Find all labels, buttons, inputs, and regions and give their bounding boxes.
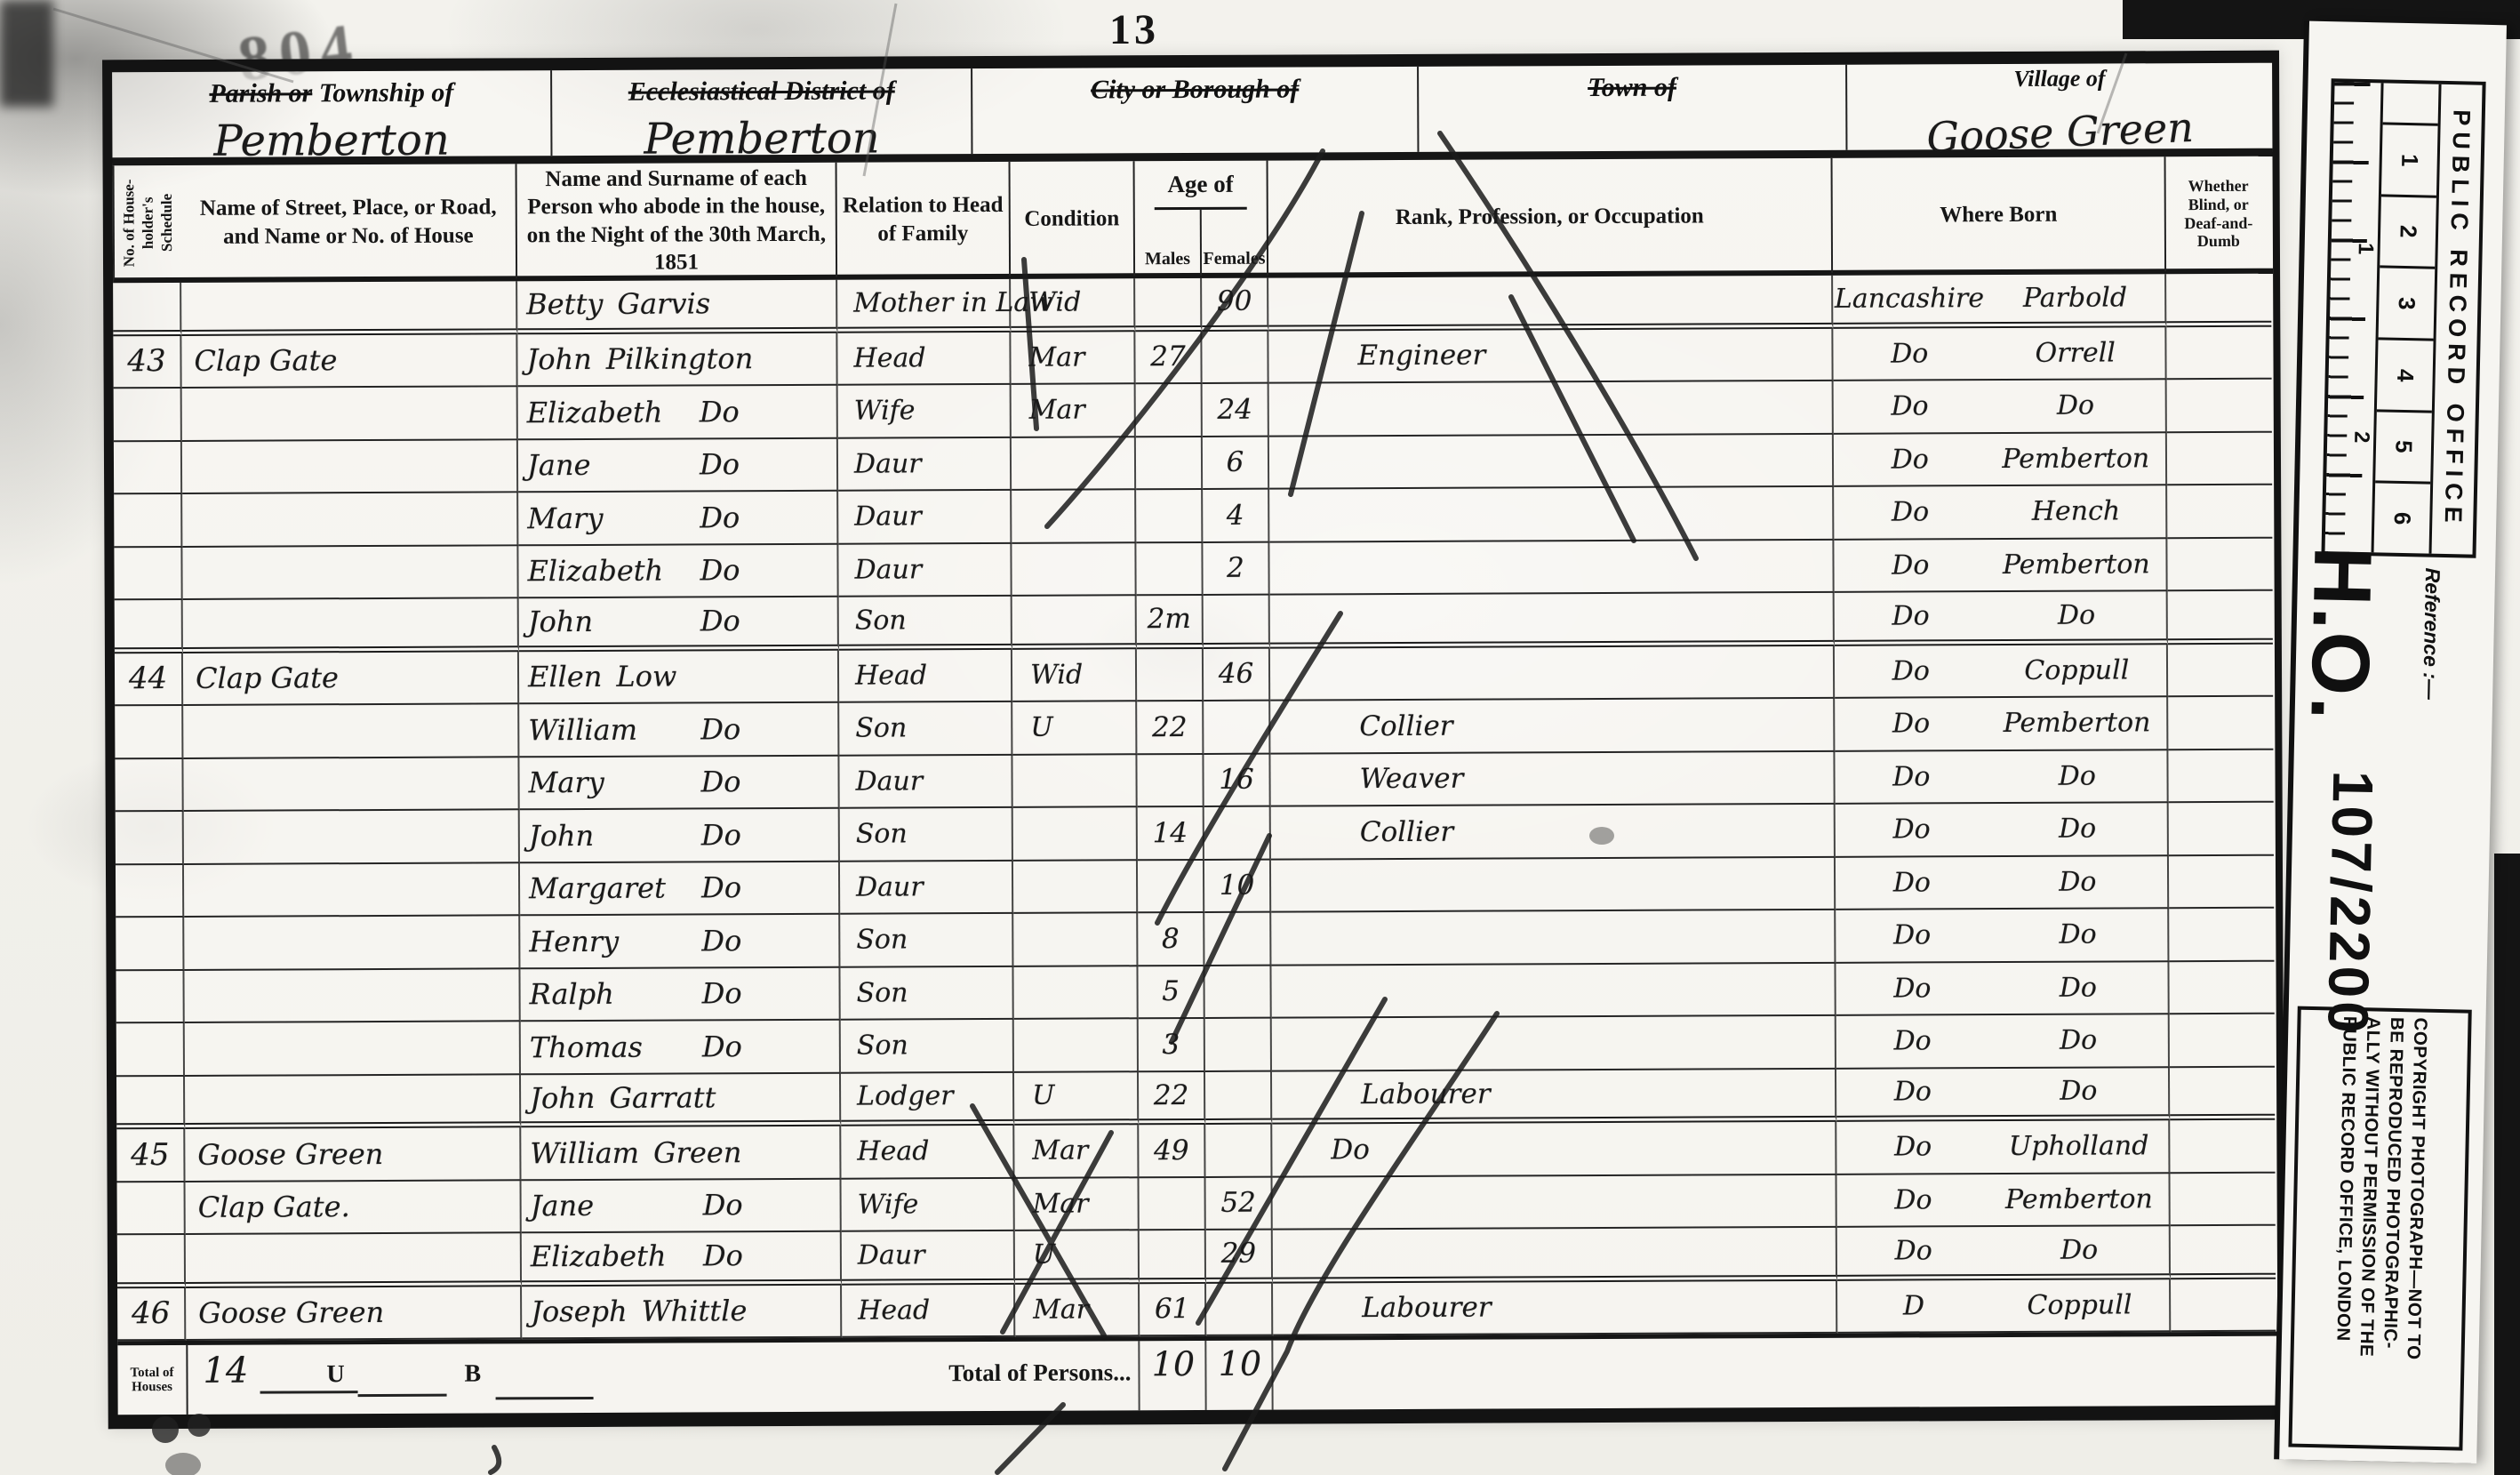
cell-schedule-no: 43 — [113, 335, 181, 389]
cell-occupation: Labourer — [1273, 1280, 1837, 1335]
cell-infirmity — [2170, 1173, 2275, 1226]
cell-age-male: 2m — [1137, 596, 1204, 649]
cell-infirmity — [2168, 750, 2273, 803]
col-header-schedule: No. of House-holder's Schedule — [113, 165, 182, 280]
cell-occupation — [1269, 381, 1834, 437]
ruler-ticks: 1 2 — [2325, 82, 2384, 552]
cell-occupation — [1272, 1016, 1836, 1071]
cell-age-male — [1136, 542, 1203, 596]
ruler-scale-box: 3 — [2379, 269, 2436, 341]
cell-condition: U — [1015, 1231, 1140, 1284]
col-header-condition: Condition — [1011, 161, 1136, 277]
cell-age-male: 27 — [1135, 331, 1202, 384]
col-header-where-born: Where Born — [1833, 156, 2167, 273]
cell-condition: Mar — [1011, 332, 1135, 385]
cell-where-born: DoDo — [1835, 750, 2168, 805]
cell-schedule-no — [115, 600, 183, 653]
cell-schedule-no — [117, 1182, 186, 1235]
cell-address — [184, 969, 520, 1023]
cell-schedule-no — [117, 1235, 186, 1288]
cell-address — [183, 758, 519, 812]
cell-age-female — [1204, 913, 1271, 966]
reference-label: Reference :— — [2418, 567, 2444, 700]
ruler-scale-box: 1 — [2381, 124, 2438, 197]
cell-condition: Mar — [1012, 384, 1136, 437]
cell-age-male: 22 — [1139, 1071, 1205, 1125]
cell-age-female — [1202, 331, 1268, 384]
cell-schedule-no: 44 — [115, 653, 183, 706]
cell-relation: Daur — [838, 437, 1012, 491]
cell-name: JohnDo — [519, 597, 839, 652]
cell-name: WilliamGreen — [521, 1126, 841, 1181]
cell-infirmity — [2168, 591, 2273, 645]
cell-occupation — [1271, 963, 1836, 1018]
cell-age-female — [1204, 596, 1270, 649]
cell-condition — [1012, 596, 1137, 649]
cell-relation: Head — [841, 1126, 1014, 1179]
cell-condition — [1013, 861, 1138, 914]
ecclesiastical-district-value: Pemberton — [553, 116, 972, 161]
cell-age-female: 2 — [1203, 542, 1269, 596]
cell-where-born: DoDo — [1835, 591, 2168, 645]
parish-value: Pemberton — [112, 118, 551, 163]
ruler-scale-box: 2 — [2380, 196, 2436, 269]
cell-infirmity — [2169, 803, 2274, 856]
cell-address — [185, 1075, 521, 1129]
measurement-ruler: 1 2 123456 PUBLIC RECORD OFFICE — [2321, 78, 2485, 558]
cell-schedule-no — [114, 547, 182, 600]
cell-occupation: Labourer — [1272, 1069, 1836, 1124]
blank-line — [358, 1394, 447, 1397]
cell-name: MargaretDo — [520, 862, 840, 916]
cell-where-born: LancashireParbold — [1833, 274, 2166, 328]
cell-condition: U — [1012, 701, 1137, 755]
cell-relation: Son — [841, 1020, 1014, 1073]
cell-where-born: DoCoppull — [1835, 645, 2168, 699]
cell-infirmity — [2166, 326, 2271, 380]
cell-infirmity — [2167, 432, 2272, 485]
cell-age-female: 6 — [1203, 437, 1269, 490]
cell-occupation: Collier — [1270, 699, 1835, 754]
parish-label: Parish or Township of — [112, 77, 551, 109]
cell-relation: Daur — [838, 543, 1012, 597]
ecclesiastical-district-cell: Ecclesiastical District of Pemberton — [552, 68, 972, 156]
uninhabited-label: U — [326, 1360, 344, 1389]
cell-condition — [1014, 1019, 1139, 1072]
cell-occupation — [1273, 1174, 1837, 1230]
photo-edge-right — [2494, 854, 2520, 1475]
cell-address — [182, 546, 518, 600]
ruler-scale-box: 6 — [2374, 484, 2431, 554]
parish-cell: Parish or Township of Pemberton — [112, 70, 553, 157]
cell-occupation: Do — [1272, 1122, 1836, 1177]
cell-relation: Head — [842, 1284, 1015, 1337]
cell-where-born: DoPemberton — [1835, 697, 2168, 751]
reference-number: 107/2200 — [2315, 770, 2386, 1037]
ruler-scale-box: 5 — [2375, 412, 2432, 485]
cell-relation: Daur — [842, 1231, 1015, 1285]
town-label: Town of — [1419, 72, 1845, 104]
village-cell: Village of Goose Green — [1847, 63, 2273, 150]
total-persons-males: 10 — [1140, 1344, 1206, 1383]
cell-relation: Daur — [838, 491, 1012, 544]
cell-address — [184, 810, 520, 864]
cell-schedule-no — [114, 441, 182, 494]
cell-occupation — [1270, 645, 1835, 701]
cell-schedule-no — [115, 706, 183, 759]
total-persons-label: Total of Persons... — [740, 1359, 1131, 1388]
cell-where-born: DoPemberton — [1834, 539, 2167, 593]
cell-where-born: DCoppull — [1837, 1279, 2171, 1334]
cell-relation: Son — [840, 808, 1013, 862]
cell-name: JosephWhittle — [522, 1285, 842, 1339]
cell-age-female: 29 — [1206, 1231, 1273, 1284]
cell-age-male — [1137, 754, 1204, 807]
copyright-line: PUBLIC RECORD OFFICE, LONDON — [2332, 1016, 2358, 1439]
photo-edge-top-left — [0, 0, 53, 107]
ruler-scale-boxes: 123456 — [2374, 83, 2442, 553]
cell-schedule-no — [116, 1076, 185, 1129]
cell-address — [182, 387, 518, 441]
cell-infirmity — [2170, 1067, 2275, 1120]
cell-occupation — [1270, 593, 1835, 648]
cell-relation: Daur — [840, 861, 1013, 914]
cell-relation: Son — [840, 914, 1013, 967]
public-record-office-title: PUBLIC RECORD OFFICE — [2432, 84, 2483, 555]
cell-age-male — [1135, 278, 1202, 332]
cell-address — [182, 493, 518, 547]
cell-condition — [1012, 755, 1137, 808]
cell-infirmity — [2167, 485, 2272, 539]
cell-address — [185, 1022, 521, 1076]
cell-condition: Mar — [1015, 1178, 1140, 1231]
cell-address — [183, 598, 519, 653]
cell-address — [181, 281, 517, 335]
cell-occupation — [1269, 434, 1834, 489]
cell-relation: Lodger — [841, 1072, 1014, 1126]
cell-relation: Daur — [839, 755, 1012, 808]
cell-age-male — [1136, 490, 1203, 543]
cell-address — [184, 863, 520, 918]
cell-relation: Wife — [842, 1178, 1015, 1231]
cell-age-female: 90 — [1202, 278, 1268, 332]
cell-name: MaryDo — [519, 756, 839, 810]
cell-infirmity — [2170, 1014, 2275, 1068]
cell-infirmity — [2168, 697, 2273, 750]
cell-name: EllenLow — [519, 650, 839, 704]
cell-schedule-no — [115, 758, 183, 812]
col-header-address: Name of Street, Place, or Road, and Name… — [181, 164, 518, 280]
cell-name: JohnPilkington — [517, 333, 837, 387]
cell-condition — [1013, 807, 1138, 861]
cell-relation: Son — [839, 702, 1012, 756]
cell-address — [182, 440, 518, 494]
cell-relation: Head — [839, 649, 1012, 702]
city-borough-label: City or Borough of — [972, 74, 1417, 106]
total-houses-value: 14 — [203, 1351, 248, 1391]
town-cell: Town of — [1419, 65, 1847, 152]
cell-name: JohnGarratt — [521, 1073, 841, 1127]
cell-age-male — [1137, 648, 1204, 701]
district-header-band: Parish or Township of Pemberton Ecclesia… — [112, 63, 2272, 166]
cell-relation: Mother in Law — [837, 279, 1011, 333]
col-header-age-males: Males — [1135, 210, 1200, 277]
cell-age-female — [1204, 701, 1270, 755]
cell-where-born: DoDo — [1836, 856, 2169, 910]
cell-where-born: DoHench — [1834, 485, 2167, 540]
copyright-line: BE REPRODUCED PHOTOGRAPHIC- — [2379, 1017, 2405, 1440]
cell-condition: Mar — [1014, 1125, 1139, 1178]
cell-infirmity — [2171, 1279, 2276, 1332]
totals-footer: Total of Houses 14 U B Total of Persons.… — [117, 1332, 2277, 1415]
cell-condition — [1012, 490, 1136, 543]
blank-line — [260, 1391, 358, 1393]
cell-age-male — [1140, 1231, 1206, 1284]
cell-where-born: DoPemberton — [1837, 1174, 2171, 1228]
public-record-office-strip: 1 2 123456 PUBLIC RECORD OFFICE Referenc… — [2279, 21, 2507, 1463]
cell-infirmity — [2169, 855, 2274, 909]
cell-age-female — [1205, 1071, 1272, 1125]
col-header-infirmity: Whether Blind, or Deaf-and-Dumb — [2166, 156, 2272, 272]
cell-name: BettyGarvis — [517, 280, 837, 334]
cell-age-male: 49 — [1139, 1125, 1205, 1178]
cell-infirmity — [2166, 274, 2271, 327]
building-label: B — [464, 1359, 481, 1388]
village-label: Village of — [1847, 65, 2273, 93]
cell-infirmity — [2170, 1120, 2275, 1174]
cell-name: RalphDo — [520, 967, 840, 1022]
cell-occupation: Weaver — [1270, 751, 1835, 806]
cell-where-born: DoDo — [1836, 909, 2169, 963]
cell-age-female — [1205, 1019, 1272, 1072]
cell-condition — [1013, 913, 1138, 966]
cell-infirmity — [2169, 909, 2274, 962]
census-page-scan: { "page": { "number": "13", "corner_stam… — [0, 0, 2520, 1475]
cell-schedule-no — [114, 389, 182, 442]
total-houses-label: Total of Houses — [117, 1345, 188, 1415]
cell-where-born: DoDo — [1836, 1068, 2170, 1122]
copyright-line: ALLY WITHOUT PERMISSION OF THE — [2355, 1016, 2381, 1439]
col-header-age-females: Females — [1200, 209, 1267, 276]
cell-occupation — [1269, 540, 1834, 595]
cell-where-born: DoOrrell — [1833, 327, 2166, 381]
cell-schedule-no — [116, 918, 184, 971]
cell-condition: Wid — [1012, 649, 1137, 702]
cell-age-female: 16 — [1204, 754, 1270, 807]
cell-condition — [1012, 437, 1136, 491]
cell-name: JohnDo — [520, 809, 840, 863]
cell-address — [183, 704, 519, 758]
cell-age-female: 52 — [1206, 1177, 1273, 1231]
cell-schedule-no — [116, 864, 184, 918]
cell-occupation — [1271, 857, 1836, 912]
cell-occupation: Collier — [1271, 805, 1836, 860]
cell-age-female — [1204, 807, 1271, 861]
cell-schedule-no: 46 — [117, 1287, 186, 1341]
cell-name: ThomasDo — [521, 1021, 841, 1075]
cell-occupation — [1269, 487, 1834, 542]
cell-age-male: 22 — [1137, 701, 1204, 755]
cell-name: MaryDo — [518, 492, 838, 546]
cell-schedule-no: 45 — [116, 1129, 185, 1182]
page-number: 13 — [1109, 5, 1159, 54]
cell-name: WilliamDo — [519, 703, 839, 758]
cell-age-female — [1206, 1283, 1273, 1336]
cell-age-male: 14 — [1138, 807, 1204, 861]
cell-condition: Mar — [1015, 1284, 1140, 1337]
cell-age-female — [1204, 966, 1271, 1019]
cell-where-born: DoDo — [1836, 962, 2169, 1016]
village-value: Goose Green — [1846, 103, 2273, 161]
cell-where-born: DoDo — [1836, 803, 2169, 857]
col-header-occupation: Rank, Profession, or Occupation — [1268, 158, 1834, 276]
cell-age-female — [1205, 1125, 1272, 1178]
total-persons-females: 10 — [1206, 1344, 1273, 1383]
cell-schedule-no — [114, 494, 182, 548]
cell-schedule-no — [116, 970, 184, 1023]
ruler-inch-label: 2 — [2348, 431, 2373, 444]
cell-age-male — [1136, 437, 1203, 490]
cell-condition: U — [1014, 1072, 1139, 1126]
cell-relation: Son — [839, 597, 1012, 650]
cell-infirmity — [2167, 380, 2272, 433]
cell-address: Clap Gate. — [186, 1181, 522, 1235]
cell-occupation — [1273, 1228, 1837, 1283]
cell-age-female: 10 — [1204, 860, 1271, 913]
cell-address: Goose Green — [186, 1287, 522, 1341]
cell-where-born: DoPemberton — [1834, 433, 2167, 487]
cell-occupation: Engineer — [1268, 328, 1833, 383]
cell-name: ElizabethDo — [522, 1232, 842, 1287]
ecclesiastical-district-label: Ecclesiastical District of — [552, 76, 971, 108]
cell-address — [184, 916, 520, 970]
cell-schedule-no — [116, 1023, 185, 1077]
cell-name: JaneDo — [522, 1179, 842, 1233]
cell-name: ElizabethDo — [518, 544, 838, 598]
cell-where-born: DoUpholland — [1836, 1120, 2170, 1174]
cell-schedule-no — [116, 812, 184, 865]
ruler-inch-label: 1 — [2353, 243, 2378, 255]
cell-age-male — [1138, 860, 1204, 913]
column-header-row: No. of House-holder's Schedule Name of S… — [113, 156, 2274, 284]
blank-line — [496, 1397, 594, 1399]
cell-age-male: 8 — [1138, 913, 1204, 966]
cell-infirmity — [2168, 644, 2273, 697]
cell-where-born: DoDo — [1836, 1014, 2170, 1069]
cell-age-female: 46 — [1204, 648, 1270, 701]
cell-name: ElizabethDo — [518, 386, 838, 440]
cell-age-female: 4 — [1203, 490, 1269, 543]
cell-condition — [1013, 966, 1138, 1020]
cell-address — [186, 1233, 522, 1287]
cell-infirmity — [2171, 1226, 2276, 1279]
cell-condition — [1012, 543, 1136, 597]
cell-age-male: 5 — [1138, 966, 1204, 1019]
cell-where-born: DoDo — [1834, 380, 2167, 434]
cell-occupation — [1268, 276, 1833, 331]
cell-relation: Wife — [838, 385, 1012, 438]
ruler-scale-box: 4 — [2377, 340, 2434, 413]
cell-age-female: 24 — [1203, 384, 1269, 437]
col-header-relation: Relation to Head of Family — [837, 162, 1012, 277]
reference-department: H.O. — [2302, 546, 2380, 723]
cell-address: Clap Gate — [181, 334, 517, 389]
cell-address: Goose Green — [185, 1127, 521, 1182]
col-header-name: Name and Surname of each Person who abod… — [517, 163, 838, 279]
cell-infirmity — [2167, 538, 2272, 591]
cell-infirmity — [2169, 961, 2274, 1014]
ruler-scale-box — [2383, 83, 2439, 125]
copyright-line: COPYRIGHT PHOTOGRAPH—NOT TO — [2402, 1017, 2428, 1440]
census-form: Parish or Township of Pemberton Ecclesia… — [102, 51, 2285, 1430]
cell-age-male: 61 — [1140, 1283, 1206, 1336]
cell-relation: Son — [840, 966, 1013, 1020]
city-borough-cell: City or Borough of — [972, 67, 1420, 154]
cell-occupation — [1271, 910, 1836, 966]
cell-age-male — [1140, 1177, 1206, 1231]
cell-age-male — [1136, 384, 1203, 437]
cell-address: Clap Gate — [183, 652, 519, 706]
cell-condition: Wid — [1011, 278, 1135, 332]
cell-name: HenryDo — [520, 915, 840, 969]
cell-relation: Head — [837, 332, 1011, 385]
enumeration-rows: BettyGarvisMother in LawWid90LancashireP… — [113, 274, 2277, 1342]
cell-schedule-no — [113, 283, 181, 336]
col-header-age: Age of Males Females — [1135, 161, 1269, 277]
copyright-notice: COPYRIGHT PHOTOGRAPH—NOT TOBE REPRODUCED… — [2288, 1006, 2471, 1451]
cell-where-born: DoDo — [1837, 1226, 2171, 1280]
cell-name: JaneDo — [518, 438, 838, 493]
cell-age-male: 3 — [1139, 1019, 1205, 1072]
